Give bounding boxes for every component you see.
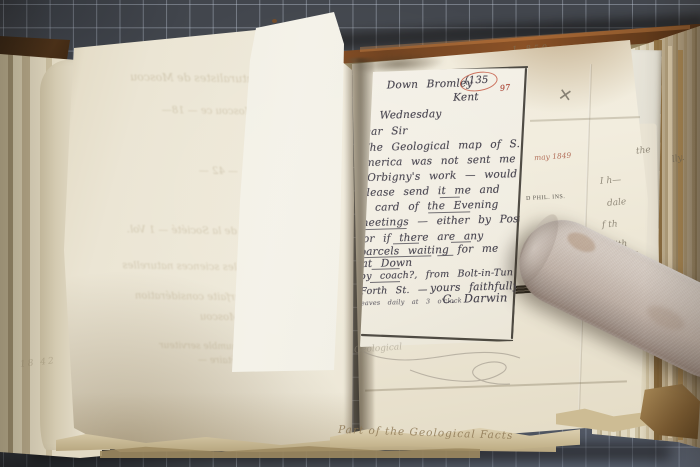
faded-caption-writing: Part of the Geological Facts: [338, 424, 578, 444]
fold-crease: [530, 116, 640, 122]
leather-cover-corner: [0, 0, 90, 120]
weight-end-cap: [509, 209, 567, 291]
light-edge-streak: [668, 46, 672, 438]
red-folio-circle: [458, 69, 499, 94]
handwritten-letter-page: Down Bromley (135 97 Kent Wednesday Dear…: [352, 58, 536, 352]
letter-salutation: Dear Sir: [356, 125, 408, 138]
edge-writing-fragment: f th: [602, 219, 618, 230]
interleaved-sheet: [595, 123, 660, 290]
fold-crease: [578, 64, 592, 414]
letter-postscript: leaves daily at 3 o'clock: [358, 297, 462, 308]
letter-body-line: a card of the Evening: [360, 199, 499, 215]
white-insert-sheet: [0, 0, 700, 467]
weight-stain: [564, 229, 598, 257]
ink-underline: [372, 268, 400, 270]
book-gutter-shadow: [344, 58, 374, 450]
ink-underline: [451, 241, 471, 243]
debris-speck: [272, 19, 277, 23]
pencil-x-mark: ✕: [556, 85, 574, 107]
left-fore-edges: [0, 54, 102, 460]
mat-shadow-bottom-left: [0, 0, 700, 467]
letter-signature: C. Darwin: [442, 290, 507, 306]
book-cast-shadow-bottom: [30, 444, 670, 460]
edge-writing-fragment: Tith: [609, 239, 628, 251]
pencil-squiggle: [364, 352, 520, 384]
red-folio-number: 97: [499, 83, 511, 93]
edge-writing-fragment: the: [636, 145, 652, 156]
edge-writing-fragment: dale: [607, 197, 627, 209]
ink-underline: [440, 197, 460, 199]
letter-closing: yours faithfully: [430, 280, 519, 294]
letter-body-line: by coach?, from Bolt-in-Tun: [360, 267, 514, 282]
show-through-line: publication de la Société — 1 Vol.: [127, 224, 297, 238]
show-through-line: Moscou ce — 18—: [162, 105, 255, 118]
weight-stain: [644, 301, 688, 335]
letter-body-line: or if there are any: [363, 230, 484, 245]
show-through-line: — 42 —: [199, 166, 238, 178]
right-fore-edges: [592, 26, 700, 448]
show-through-line: qui intéressent les sciences naturelles: [122, 260, 316, 274]
letter-day-line: Wednesday: [379, 108, 441, 122]
torn-page-edge: [330, 424, 580, 450]
edge-writing-fragment: lly.: [671, 153, 685, 165]
fold-crease: [530, 251, 638, 255]
show-through-line: des Naturalistes de Moscou: [130, 70, 286, 86]
black-border-lines: [362, 67, 527, 341]
pencil-flourish: [350, 330, 550, 400]
fabric-book-weight: [505, 206, 700, 393]
printed-fragment: D PHIL. INS.: [526, 194, 566, 202]
ink-underline: [437, 255, 453, 256]
torn-page-edge: [556, 406, 652, 432]
pencil-annotation: Geological: [354, 342, 403, 355]
show-through-text: des Naturalistes de Moscou Moscou ce — 1…: [92, 56, 348, 390]
show-through-line: Moscou: [200, 312, 240, 324]
torn-page-edge: [56, 432, 556, 452]
crumpled-corner-paper: [640, 384, 700, 442]
torn-page-edge: [100, 444, 480, 458]
photo-lighting-vignette: [0, 0, 700, 467]
fold-crease: [365, 380, 627, 391]
ink-underline: [428, 211, 470, 213]
show-through-line: votre très humble serviteur: [159, 341, 285, 353]
ink-underline: [370, 281, 400, 283]
show-through-line: le Secrétaire —: [198, 356, 269, 367]
mount-border-ruling: [352, 58, 536, 352]
right-backing-page: [0, 0, 700, 467]
edge-writing-fragment: I h—: [600, 175, 622, 186]
cutting-mat-grid: [0, 0, 700, 467]
letter-text-block: Down Bromley (135 97 Kent Wednesday Dear…: [348, 56, 540, 355]
letter-body-line: at Down: [361, 257, 412, 270]
show-through-line: avec sa parfaite considération: [135, 291, 288, 305]
leather-spine-edge: [0, 0, 700, 80]
curled-page-edge: [40, 60, 110, 450]
letter-place-line: Down Bromley: [387, 77, 473, 91]
page-top-edges-band: [0, 0, 700, 96]
letter-body-line: please send it me and: [360, 184, 501, 200]
letter-county-line: Kent: [453, 91, 479, 104]
letter-body-line: d'Orbigny's work — would you: [357, 167, 546, 184]
gutter-top-shadow: [350, 52, 447, 77]
book-cast-shadow-top: [326, 14, 700, 50]
letter-body-line: America was not sent me with: [357, 152, 549, 169]
mat-lighting-bottom-right: [0, 0, 700, 467]
letter-body-line: parcels waiting for me: [359, 243, 499, 259]
left-page: [0, 0, 700, 467]
leather-highlight: [0, 0, 700, 60]
tiny-numeral: 2: [506, 236, 510, 244]
letter-body-line: meetings — either by Post,: [358, 213, 526, 229]
archive-photo: 1,850 ✕ D PHIL. INS. 2 the I h— dale f t…: [0, 0, 700, 467]
letter-body-line: The Geological map of S.: [362, 138, 520, 154]
stained-edge-streak: [654, 40, 662, 440]
folio-number: (135: [465, 75, 489, 87]
ink-stamp-block: [514, 284, 542, 294]
ink-underline: [393, 243, 419, 245]
ink-underline: [359, 255, 431, 258]
pencil-annotation-left: 18 42: [20, 356, 57, 370]
red-ink-fragment: may 1849: [534, 151, 572, 163]
letter-body-line: Forth St. —: [360, 284, 428, 297]
faded-edge-number: 1,850: [512, 39, 622, 54]
stained-edge-streak: [678, 50, 683, 440]
interleaved-sheet: [624, 50, 662, 265]
ink-underline: [359, 228, 407, 230]
